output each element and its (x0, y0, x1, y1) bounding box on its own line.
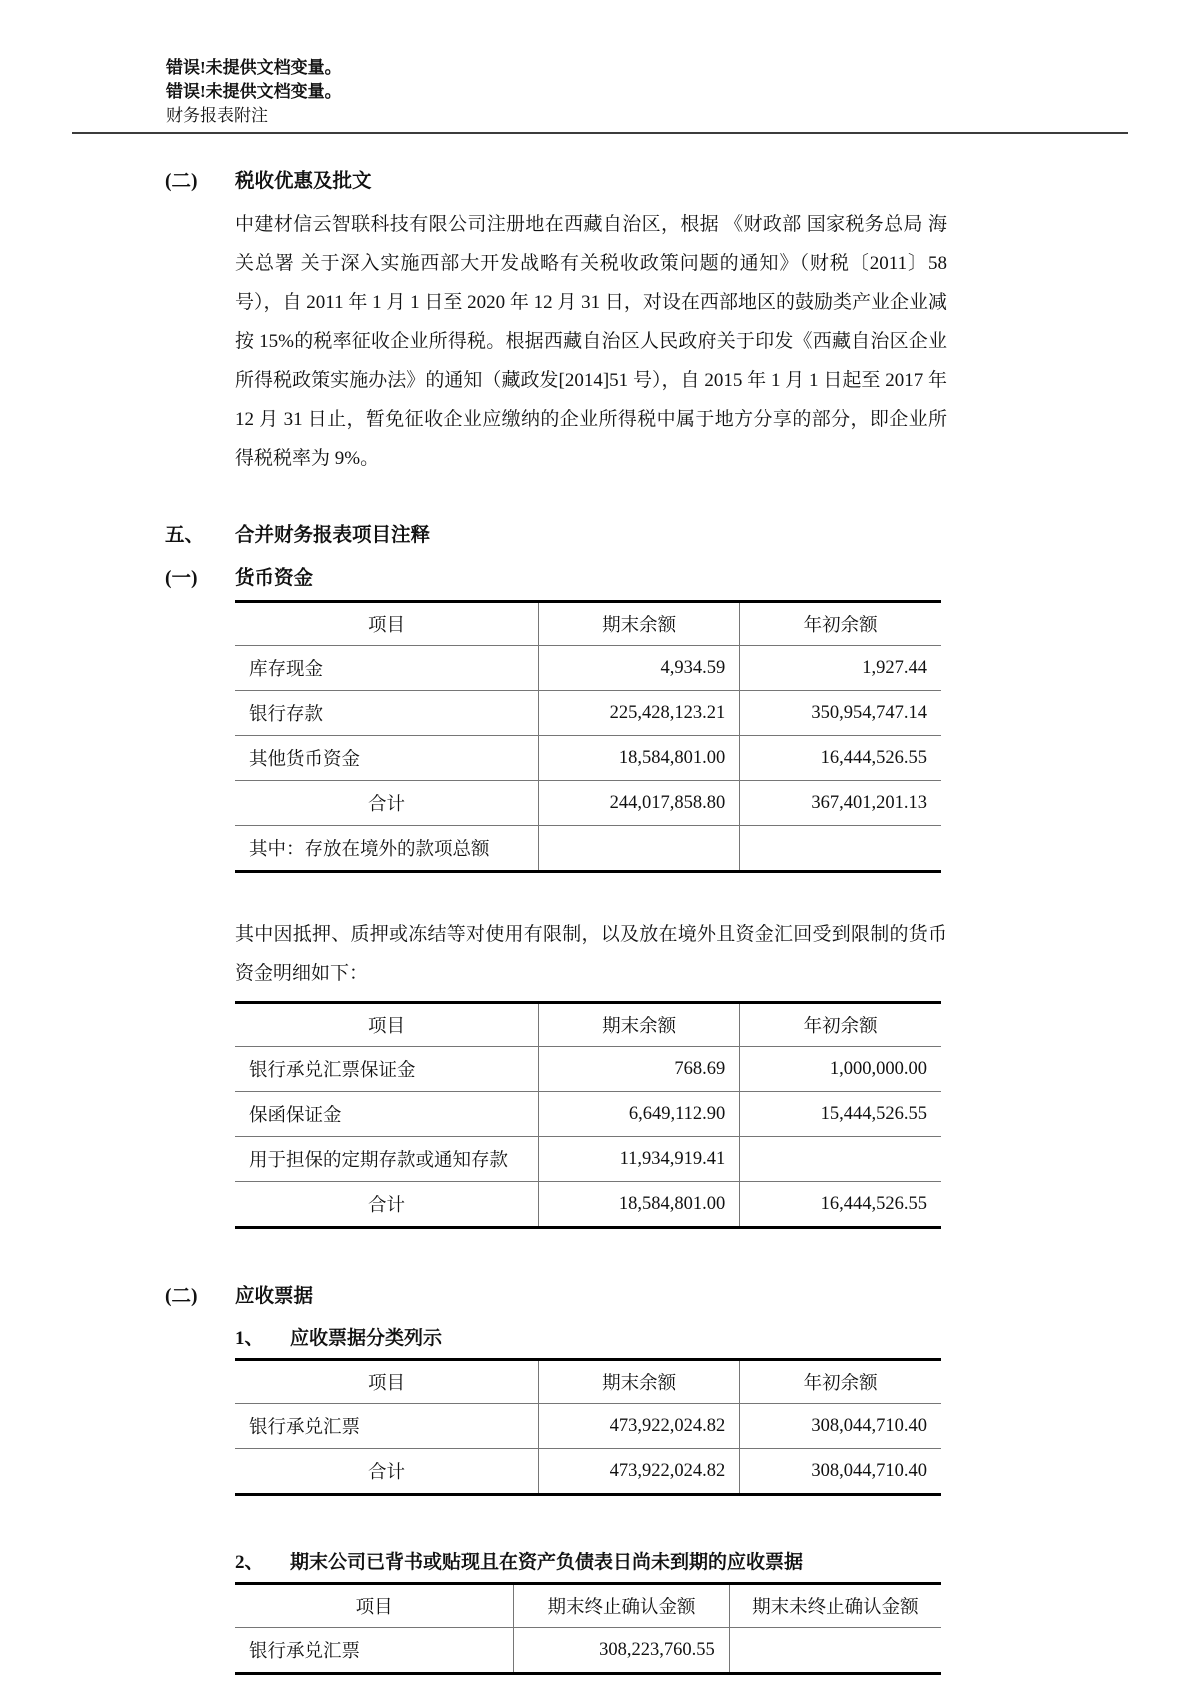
cell-ending-balance: 768.69 (539, 1047, 740, 1092)
cell-ending-balance: 473,922,024.82 (539, 1449, 740, 1495)
table-row: 其他货币资金 18,584,801.00 16,444,526.55 (235, 736, 941, 781)
section-number: (二) (165, 1283, 235, 1310)
column-header: 项目 (235, 1584, 514, 1628)
section-heading-tax: (二) 税收优惠及批文 (165, 168, 1035, 195)
header-error-line-2: 错误!未提供文档变量。 (166, 80, 1128, 104)
section-title: 合并财务报表项目注释 (235, 522, 430, 549)
table-header-row: 项目 期末余额 年初余额 (235, 1003, 941, 1047)
row-label: 银行存款 (235, 691, 539, 736)
row-label: 银行承兑汇票保证金 (235, 1047, 539, 1092)
table-total-row: 合计 18,584,801.00 16,444,526.55 (235, 1182, 941, 1228)
subsection-title: 期末公司已背书或贴现且在资产负债表日尚未到期的应收票据 (290, 1550, 803, 1576)
subsection-heading-endorsed: 2、 期末公司已背书或贴现且在资产负债表日尚未到期的应收票据 (235, 1550, 1035, 1576)
column-header: 年初余额 (740, 1003, 941, 1047)
table-header-row: 项目 期末终止确认金额 期末未终止确认金额 (235, 1584, 941, 1628)
cell-beginning-balance: 1,000,000.00 (740, 1047, 941, 1092)
row-label: 其中：存放在境外的款项总额 (235, 826, 539, 872)
subsection-heading-classification: 1、 应收票据分类列示 (235, 1326, 1035, 1352)
row-label: 其他货币资金 (235, 736, 539, 781)
row-label: 保函保证金 (235, 1092, 539, 1137)
section-number: (一) (165, 565, 235, 592)
cell-ending-balance: 4,934.59 (539, 646, 740, 691)
section-heading-receivable: (二) 应收票据 (165, 1283, 1035, 1310)
header-doc-title: 财务报表附注 (166, 104, 1128, 128)
section-title: 货币资金 (235, 565, 313, 592)
monetary-funds-table: 项目 期末余额 年初余额 库存现金 4,934.59 1,927.44 银行存款… (235, 600, 941, 873)
row-label: 用于担保的定期存款或通知存款 (235, 1137, 539, 1182)
column-header: 期末余额 (539, 602, 740, 646)
cell-beginning-balance (740, 1137, 941, 1182)
column-header: 期末余额 (539, 1003, 740, 1047)
cell-ending-balance: 18,584,801.00 (539, 1182, 740, 1228)
row-label: 银行承兑汇票 (235, 1628, 514, 1674)
table-row: 银行存款 225,428,123.21 350,954,747.14 (235, 691, 941, 736)
column-header: 年初余额 (740, 602, 941, 646)
section-number: 五、 (165, 522, 235, 549)
cell-derecognized-amount: 308,223,760.55 (514, 1628, 729, 1674)
table-header-row: 项目 期末余额 年初余额 (235, 1360, 941, 1404)
section-heading-monetary: (一) 货币资金 (165, 565, 1035, 592)
cell-ending-balance: 473,922,024.82 (539, 1404, 740, 1449)
column-header: 项目 (235, 602, 539, 646)
row-label-total: 合计 (235, 1182, 539, 1228)
section-number: (二) (165, 168, 235, 195)
subsection-title: 应收票据分类列示 (290, 1326, 442, 1352)
column-header: 项目 (235, 1360, 539, 1404)
cell-beginning-balance: 15,444,526.55 (740, 1092, 941, 1137)
endorsed-notes-table: 项目 期末终止确认金额 期末未终止确认金额 银行承兑汇票 308,223,760… (235, 1582, 941, 1675)
row-label-total: 合计 (235, 1449, 539, 1495)
header-error-line-1: 错误!未提供文档变量。 (166, 56, 1128, 80)
cell-ending-balance: 6,649,112.90 (539, 1092, 740, 1137)
table-row: 用于担保的定期存款或通知存款 11,934,919.41 (235, 1137, 941, 1182)
document-page: 错误!未提供文档变量。 错误!未提供文档变量。 财务报表附注 (二) 税收优惠及… (0, 0, 1200, 1696)
cell-beginning-balance: 1,927.44 (740, 646, 941, 691)
table-row: 银行承兑汇票 308,223,760.55 (235, 1628, 941, 1674)
cell-not-derecognized-amount (729, 1628, 941, 1674)
section-title: 应收票据 (235, 1283, 313, 1310)
column-header: 期末终止确认金额 (514, 1584, 729, 1628)
cell-beginning-balance: 308,044,710.40 (740, 1449, 941, 1495)
table-row: 保函保证金 6,649,112.90 15,444,526.55 (235, 1092, 941, 1137)
header-divider (72, 132, 1128, 134)
row-label: 库存现金 (235, 646, 539, 691)
cell-ending-balance (539, 826, 740, 872)
cell-beginning-balance: 16,444,526.55 (740, 1182, 941, 1228)
subsection-number: 2、 (235, 1550, 290, 1576)
cell-beginning-balance (740, 826, 941, 872)
column-header: 项目 (235, 1003, 539, 1047)
cell-beginning-balance: 16,444,526.55 (740, 736, 941, 781)
cell-ending-balance: 225,428,123.21 (539, 691, 740, 736)
running-header: 错误!未提供文档变量。 错误!未提供文档变量。 财务报表附注 (0, 0, 1200, 128)
cell-ending-balance: 244,017,858.80 (539, 781, 740, 826)
column-header: 期末余额 (539, 1360, 740, 1404)
table-row: 银行承兑汇票保证金 768.69 1,000,000.00 (235, 1047, 941, 1092)
table-row: 库存现金 4,934.59 1,927.44 (235, 646, 941, 691)
column-header: 期末未终止确认金额 (729, 1584, 941, 1628)
notes-receivable-table: 项目 期末余额 年初余额 银行承兑汇票 473,922,024.82 308,0… (235, 1358, 941, 1496)
cell-beginning-balance: 350,954,747.14 (740, 691, 941, 736)
restricted-intro-paragraph: 其中因抵押、质押或冻结等对使用有限制，以及放在境外且资金汇回受到限制的货币资金明… (235, 915, 947, 993)
restricted-funds-table: 项目 期末余额 年初余额 银行承兑汇票保证金 768.69 1,000,000.… (235, 1001, 941, 1229)
cell-ending-balance: 11,934,919.41 (539, 1137, 740, 1182)
column-header: 年初余额 (740, 1360, 941, 1404)
row-label-total: 合计 (235, 781, 539, 826)
cell-beginning-balance: 308,044,710.40 (740, 1404, 941, 1449)
cell-ending-balance: 18,584,801.00 (539, 736, 740, 781)
row-label: 银行承兑汇票 (235, 1404, 539, 1449)
table-header-row: 项目 期末余额 年初余额 (235, 602, 941, 646)
cell-beginning-balance: 367,401,201.13 (740, 781, 941, 826)
section-title: 税收优惠及批文 (235, 168, 372, 195)
section-heading-five: 五、 合并财务报表项目注释 (165, 522, 1035, 549)
table-total-row: 合计 473,922,024.82 308,044,710.40 (235, 1449, 941, 1495)
tax-paragraph: 中建材信云智联科技有限公司注册地在西藏自治区，根据 《财政部 国家税务总局 海关… (235, 205, 947, 478)
table-row: 银行承兑汇票 473,922,024.82 308,044,710.40 (235, 1404, 941, 1449)
table-total-row: 合计 244,017,858.80 367,401,201.13 (235, 781, 941, 826)
table-row: 其中：存放在境外的款项总额 (235, 826, 941, 872)
subsection-number: 1、 (235, 1326, 290, 1352)
